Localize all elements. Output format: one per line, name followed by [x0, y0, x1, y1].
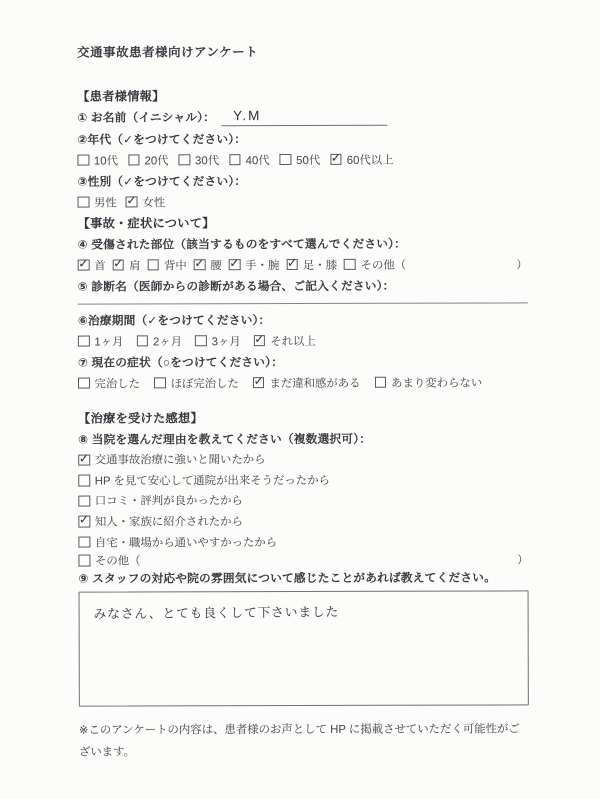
checkbox-label: 30代: [195, 152, 219, 168]
checkbox-option[interactable]: 首: [78, 257, 106, 273]
checkbox-option[interactable]: まだ違和感がある: [253, 374, 361, 390]
checkbox-option[interactable]: 完治した: [78, 375, 140, 391]
question-4-label: ④ 受傷された部位（該当するものをすべて選んでください）：: [78, 232, 528, 254]
checkbox-option[interactable]: HP を見て安心して通院が出来そうだったから: [78, 469, 528, 491]
checkbox-option[interactable]: それ以上: [254, 332, 316, 348]
question-6-options: 1ヶ月2ヶ月3ヶ月それ以上: [78, 329, 528, 351]
checkbox-checked-icon[interactable]: [330, 154, 342, 166]
checkbox-icon[interactable]: [78, 555, 90, 567]
checkbox-checked-icon[interactable]: [126, 196, 138, 208]
checkbox-label: 足・膝: [303, 256, 337, 272]
checkbox-label: 男性: [94, 194, 117, 210]
question-2-label: ②年代（✓をつけてください）：: [77, 127, 527, 149]
checkbox-label: 50代: [296, 151, 320, 167]
checkbox-icon[interactable]: [78, 495, 90, 507]
checkbox-checked-icon[interactable]: [254, 335, 266, 347]
checkbox-option[interactable]: 1ヶ月: [78, 333, 124, 349]
checkbox-icon[interactable]: [128, 154, 140, 166]
checkbox-icon[interactable]: [78, 377, 90, 389]
checkbox-option[interactable]: 口コミ・評判が良かったから: [78, 490, 528, 512]
name-initial-value: Y.M: [233, 108, 261, 123]
question-2-options: 10代20代30代40代50代60代以上: [77, 148, 527, 170]
checkbox-option[interactable]: 足・膝: [286, 256, 337, 272]
checkbox-option[interactable]: 30代: [179, 152, 220, 168]
checkbox-option[interactable]: あまり変わらない: [375, 374, 483, 390]
checkbox-label: 口コミ・評判が良かったから: [95, 493, 243, 509]
checkbox-option[interactable]: 男性: [78, 194, 117, 210]
checkbox-option[interactable]: 20代: [128, 152, 169, 168]
checkbox-option[interactable]: 40代: [229, 152, 270, 168]
checkbox-label: それ以上: [270, 332, 316, 348]
checkbox-icon[interactable]: [154, 377, 166, 389]
checkbox-option[interactable]: ほぼ完治した: [154, 375, 239, 391]
checkbox-label: 肩: [129, 257, 140, 273]
checkbox-checked-icon[interactable]: [229, 259, 241, 271]
section-header-feedback: 【治療を受けた感想】: [78, 406, 528, 428]
checkbox-label: 背中: [164, 257, 187, 273]
question-5-label: ⑤ 診断名（医師からの診断がある場合、ご記入ください）：: [78, 274, 528, 296]
checkbox-option[interactable]: 60代以上: [330, 151, 393, 167]
question-1: ① お名前（イニシャル）： Y.M: [77, 105, 527, 128]
checkbox-label: まだ違和感がある: [269, 374, 360, 390]
checkbox-option[interactable]: 手・腕: [229, 257, 280, 273]
checkbox-option[interactable]: その他（）: [344, 256, 528, 272]
question-8-label: ⑧ 当院を選んだ理由を教えてください（複数選択可）：: [78, 427, 528, 449]
checkbox-label: 40代: [246, 152, 270, 168]
checkbox-icon[interactable]: [77, 154, 89, 166]
checkbox-label: 20代: [144, 152, 168, 168]
checkbox-option[interactable]: 女性: [126, 194, 165, 210]
checkbox-icon[interactable]: [280, 154, 292, 166]
checkbox-label: 腰: [210, 257, 221, 273]
checkbox-checked-icon[interactable]: [253, 377, 265, 389]
checkbox-icon[interactable]: [195, 335, 207, 347]
survey-page: 交通事故患者様向けアンケート 【患者様情報】 ① お名前（イニシャル）： Y.M…: [0, 0, 600, 799]
checkbox-icon[interactable]: [179, 154, 191, 166]
checkbox-label: 完治した: [94, 375, 140, 391]
checkbox-label: 知人・家族に紹介されたから: [95, 513, 243, 529]
checkbox-icon[interactable]: [78, 335, 90, 347]
question-8-options: 交通事故治療に強いと聞いたからHP を見て安心して通院が出来そうだったから口コミ…: [78, 448, 528, 568]
checkbox-option[interactable]: 知人・家族に紹介されたから: [78, 510, 528, 532]
paren-close: ）: [517, 551, 528, 567]
checkbox-label: 60代以上: [347, 151, 394, 167]
checkbox-label: 手・腕: [245, 257, 279, 273]
question-1-label: ① お名前（イニシャル）：: [77, 109, 215, 125]
checkbox-option[interactable]: 交通事故治療に強いと聞いたから: [78, 448, 528, 470]
question-3-options: 男性女性: [78, 190, 528, 212]
section-header-patient-info: 【患者様情報】: [77, 84, 527, 106]
checkbox-option[interactable]: 自宅・職場から通いやすかったから: [78, 531, 528, 553]
question-9-label: ⑨ スタッフの対応や院の雰囲気について感じたことがあれば教えてください。: [78, 567, 528, 589]
question-7-options: 完治したほぼ完治したまだ違和感があるあまり変わらない: [78, 371, 528, 393]
comment-box[interactable]: みなさん、とても良くして下さいました: [79, 590, 529, 706]
checkbox-checked-icon[interactable]: [286, 259, 298, 271]
name-initial-field[interactable]: Y.M: [221, 108, 387, 126]
survey-content: 交通事故患者様向けアンケート 【患者様情報】 ① お名前（イニシャル）： Y.M…: [77, 0, 529, 764]
checkbox-checked-icon[interactable]: [78, 259, 90, 271]
footnote: ※このアンケートの内容は、患者様のお声として HP に掲載させていただく可能性が…: [79, 718, 529, 763]
checkbox-icon[interactable]: [78, 536, 90, 548]
checkbox-checked-icon[interactable]: [78, 516, 90, 528]
checkbox-label: 1ヶ月: [94, 333, 123, 349]
checkbox-label: 女性: [142, 194, 165, 210]
checkbox-label: 交通事故治療に強いと聞いたから: [95, 451, 266, 467]
question-3-label: ③性別（✓をつけてください）：: [77, 169, 527, 191]
checkbox-option[interactable]: 腰: [194, 257, 222, 273]
comment-answer-value: みなさん、とても良くして下さいました: [94, 601, 340, 622]
section-header-accident: 【事故・症状について】: [78, 211, 528, 233]
checkbox-label: 2ヶ月: [153, 333, 182, 349]
page-title: 交通事故患者様向けアンケート: [77, 0, 527, 60]
checkbox-option[interactable]: 10代: [77, 152, 118, 168]
checkbox-label: ほぼ完治した: [171, 375, 239, 391]
blank-write-space: [146, 559, 513, 560]
diagnosis-answer-line[interactable]: [78, 295, 528, 304]
checkbox-icon[interactable]: [137, 335, 149, 347]
checkbox-label: 10代: [94, 152, 118, 168]
checkbox-option[interactable]: 肩: [113, 257, 141, 273]
checkbox-label: 首: [94, 257, 105, 273]
checkbox-label: HP を見て安心して通院が出来そうだったから: [95, 472, 330, 489]
checkbox-option[interactable]: 2ヶ月: [136, 333, 182, 349]
question-6-label: ⑥治療期間（✓をつけてください）：: [78, 308, 528, 330]
checkbox-checked-icon[interactable]: [194, 259, 206, 271]
checkbox-icon[interactable]: [78, 475, 90, 487]
checkbox-icon[interactable]: [344, 259, 356, 271]
checkbox-label: その他（: [95, 552, 141, 568]
checkbox-checked-icon[interactable]: [113, 259, 125, 271]
checkbox-checked-icon[interactable]: [78, 454, 90, 466]
checkbox-option[interactable]: 50代: [280, 151, 321, 167]
checkbox-icon[interactable]: [147, 259, 159, 271]
checkbox-label: 3ヶ月: [212, 333, 241, 349]
question-7-label: ⑦ 現在の症状（○をつけてください）：: [78, 350, 528, 372]
checkbox-label: 自宅・職場から通いやすかったから: [95, 534, 277, 550]
paren-close: ）: [516, 256, 527, 272]
checkbox-icon[interactable]: [78, 196, 90, 208]
checkbox-icon[interactable]: [229, 154, 241, 166]
checkbox-option[interactable]: その他（）: [78, 551, 528, 568]
question-4-options: 首肩背中腰手・腕足・膝その他（）: [78, 253, 528, 275]
checkbox-icon[interactable]: [375, 377, 387, 389]
checkbox-label: あまり変わらない: [391, 374, 482, 390]
checkbox-label: その他（: [361, 256, 407, 272]
checkbox-option[interactable]: 3ヶ月: [195, 333, 241, 349]
checkbox-option[interactable]: 背中: [147, 257, 186, 273]
